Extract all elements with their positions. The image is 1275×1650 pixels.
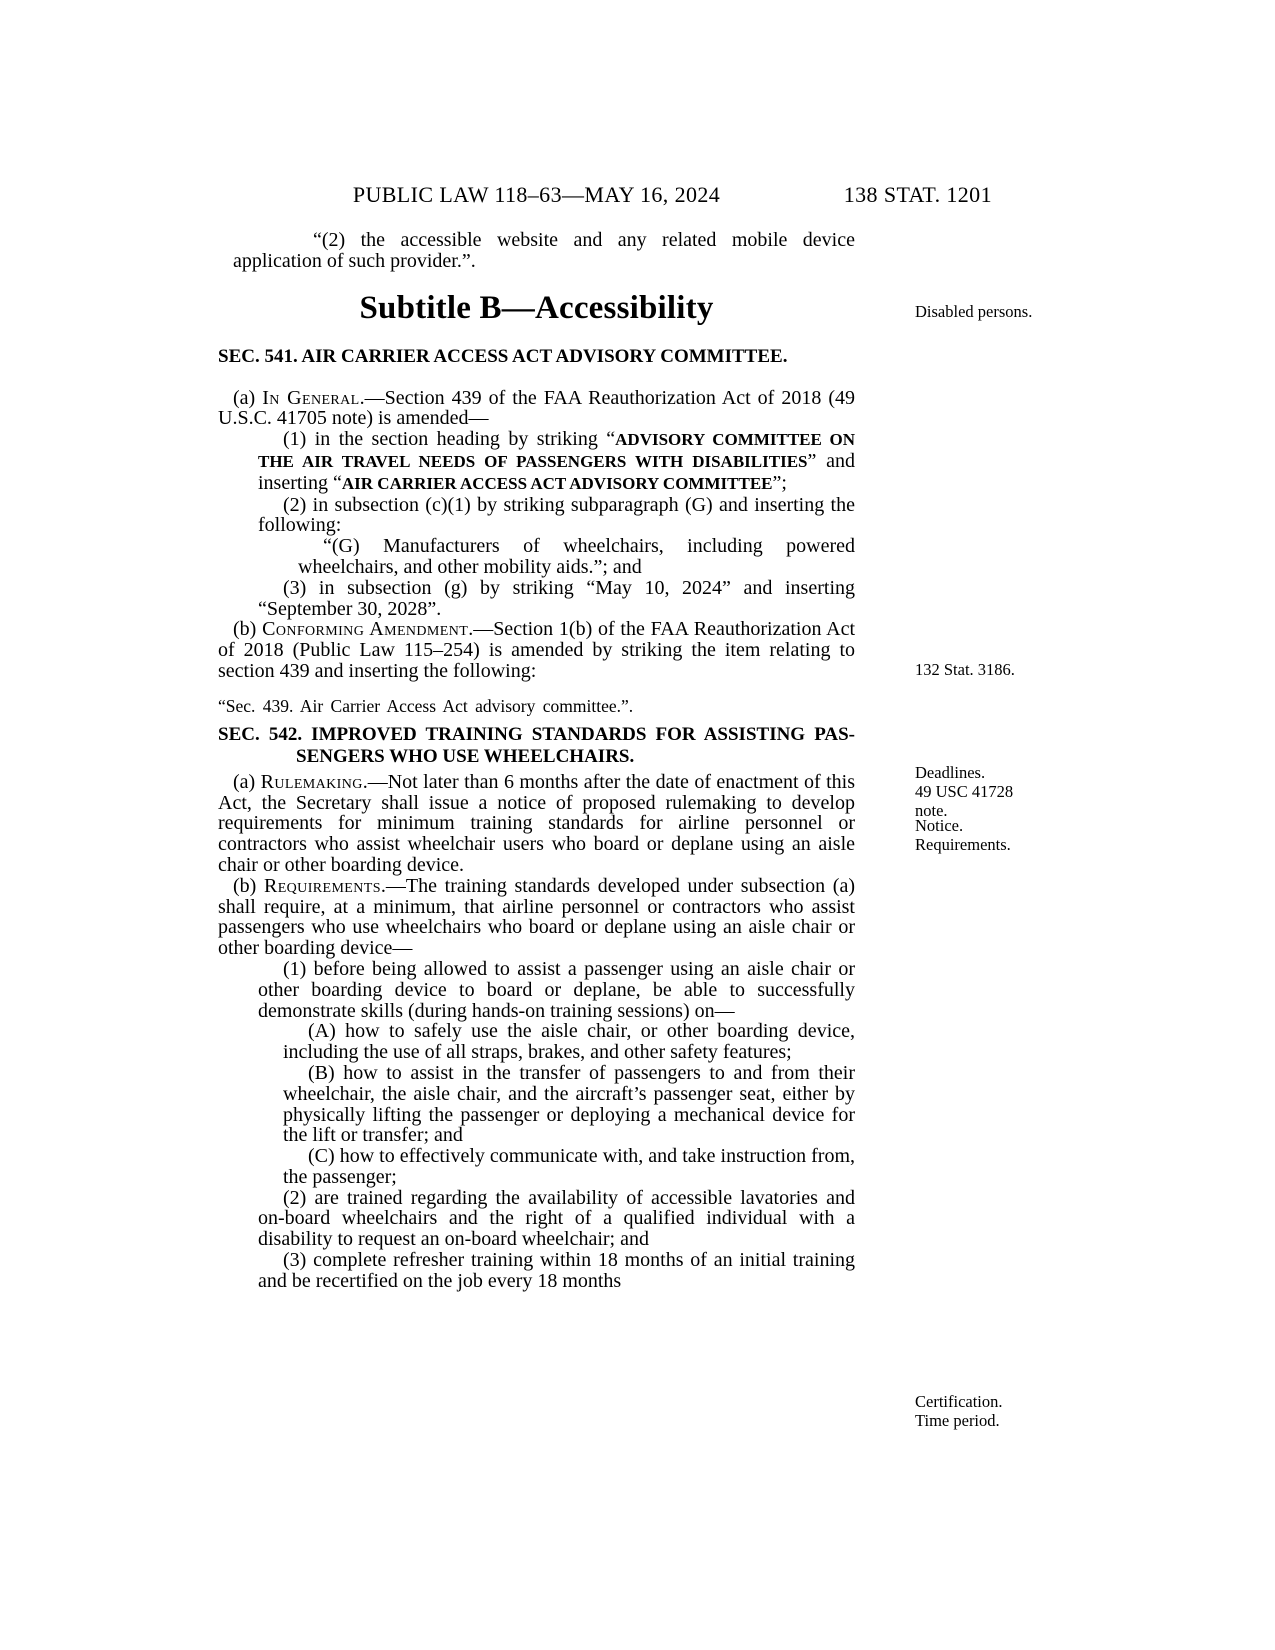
- sec-541-heading: SEC. 541. AIR CARRIER ACCESS ACT ADVISOR…: [218, 346, 855, 368]
- toc-quote-line: “Sec. 439. Air Carrier Access Act adviso…: [218, 696, 855, 716]
- subtitle-b-heading: Subtitle B—Accessibility: [218, 288, 855, 328]
- smallcaps-run: In General: [262, 387, 359, 409]
- sec-541-para-a: (a) In General.—Section 439 of the FAA R…: [218, 388, 855, 430]
- sec-542-para-3: (3) complete refresher training within 1…: [258, 1250, 855, 1292]
- margin-note-line: Notice.: [915, 816, 1050, 835]
- margin-note-line: Requirements.: [915, 835, 1050, 854]
- sec-541-para-1: (1) in the section heading by striking “…: [258, 429, 855, 494]
- para-number: (b): [233, 875, 264, 897]
- sec-542-heading-line1: SEC. 542. IMPROVED TRAINING STANDARDS FO…: [218, 724, 855, 746]
- sec-542-para-b: (b) Requirements.—The training standards…: [218, 876, 855, 959]
- sec-542-para-a: (a) Rulemaking.—Not later than 6 months …: [218, 772, 855, 876]
- margin-note-line: Deadlines.: [915, 763, 1050, 782]
- smallcaps-run: Requirements: [264, 875, 381, 897]
- smallcaps-run: Conforming Amendment: [262, 618, 468, 640]
- para-number: (a): [233, 387, 262, 409]
- margin-note-notice-requirements: Notice.Requirements.: [915, 816, 1050, 854]
- sec-541-para-b: (b) Conforming Amendment.—Section 1(b) o…: [218, 619, 855, 681]
- sec-542-para-1: (1) before being allowed to assist a pas…: [258, 959, 855, 1021]
- margin-note-line: Certification.: [915, 1392, 1050, 1411]
- sec-541-para-3: (3) in subsection (g) by striking “May 1…: [258, 578, 855, 620]
- margin-note-132-stat-3186: 132 Stat. 3186.: [915, 660, 1050, 679]
- para-text: ”;: [773, 472, 787, 494]
- sec-541-quoted-subpara-G: “(G) Manufacturers of wheelchairs, inclu…: [298, 536, 855, 578]
- sec-541-para-2: (2) in subsection (c)(1) by striking sub…: [258, 495, 855, 537]
- margin-note-certification-time-period: Certification.Time period.: [915, 1392, 1050, 1430]
- margin-note-deadlines-usc: Deadlines.49 USC 41728note.: [915, 763, 1050, 820]
- sec-542-subpara-B: (B) how to assist in the transfer of pas…: [283, 1063, 855, 1146]
- quoted-clause-2-paragraph: “(2) the accessible website and any rela…: [233, 230, 855, 272]
- document-page: PUBLIC LAW 118–63—MAY 16, 2024 138 STAT.…: [0, 0, 1275, 1650]
- margin-note-line: Time period.: [915, 1411, 1050, 1430]
- bold-quoted-caps: AIR CARRIER ACCESS ACT ADVISORY COMMITTE…: [342, 474, 773, 493]
- sec-542-para-2: (2) are trained regarding the availabili…: [258, 1188, 855, 1250]
- sec-542-subpara-A: (A) how to safely use the aisle chair, o…: [283, 1021, 855, 1063]
- margin-note-line: 49 USC 41728: [915, 782, 1050, 801]
- smallcaps-run: Rulemaking: [261, 771, 363, 793]
- sec-542-subpara-C: (C) how to effectively communicate with,…: [283, 1146, 855, 1188]
- sec-542-heading: SEC. 542. IMPROVED TRAINING STANDARDS FO…: [218, 724, 855, 768]
- sec-542-heading-line2: SENGERS WHO USE WHEELCHAIRS.: [218, 746, 855, 768]
- main-text-column: “(2) the accessible website and any rela…: [218, 0, 855, 1292]
- para-number: (a): [233, 771, 261, 793]
- para-text: (1) in the section heading by striking “: [283, 428, 615, 450]
- para-number: (b): [233, 618, 262, 640]
- margin-note-disabled-persons: Disabled persons.: [915, 302, 1050, 321]
